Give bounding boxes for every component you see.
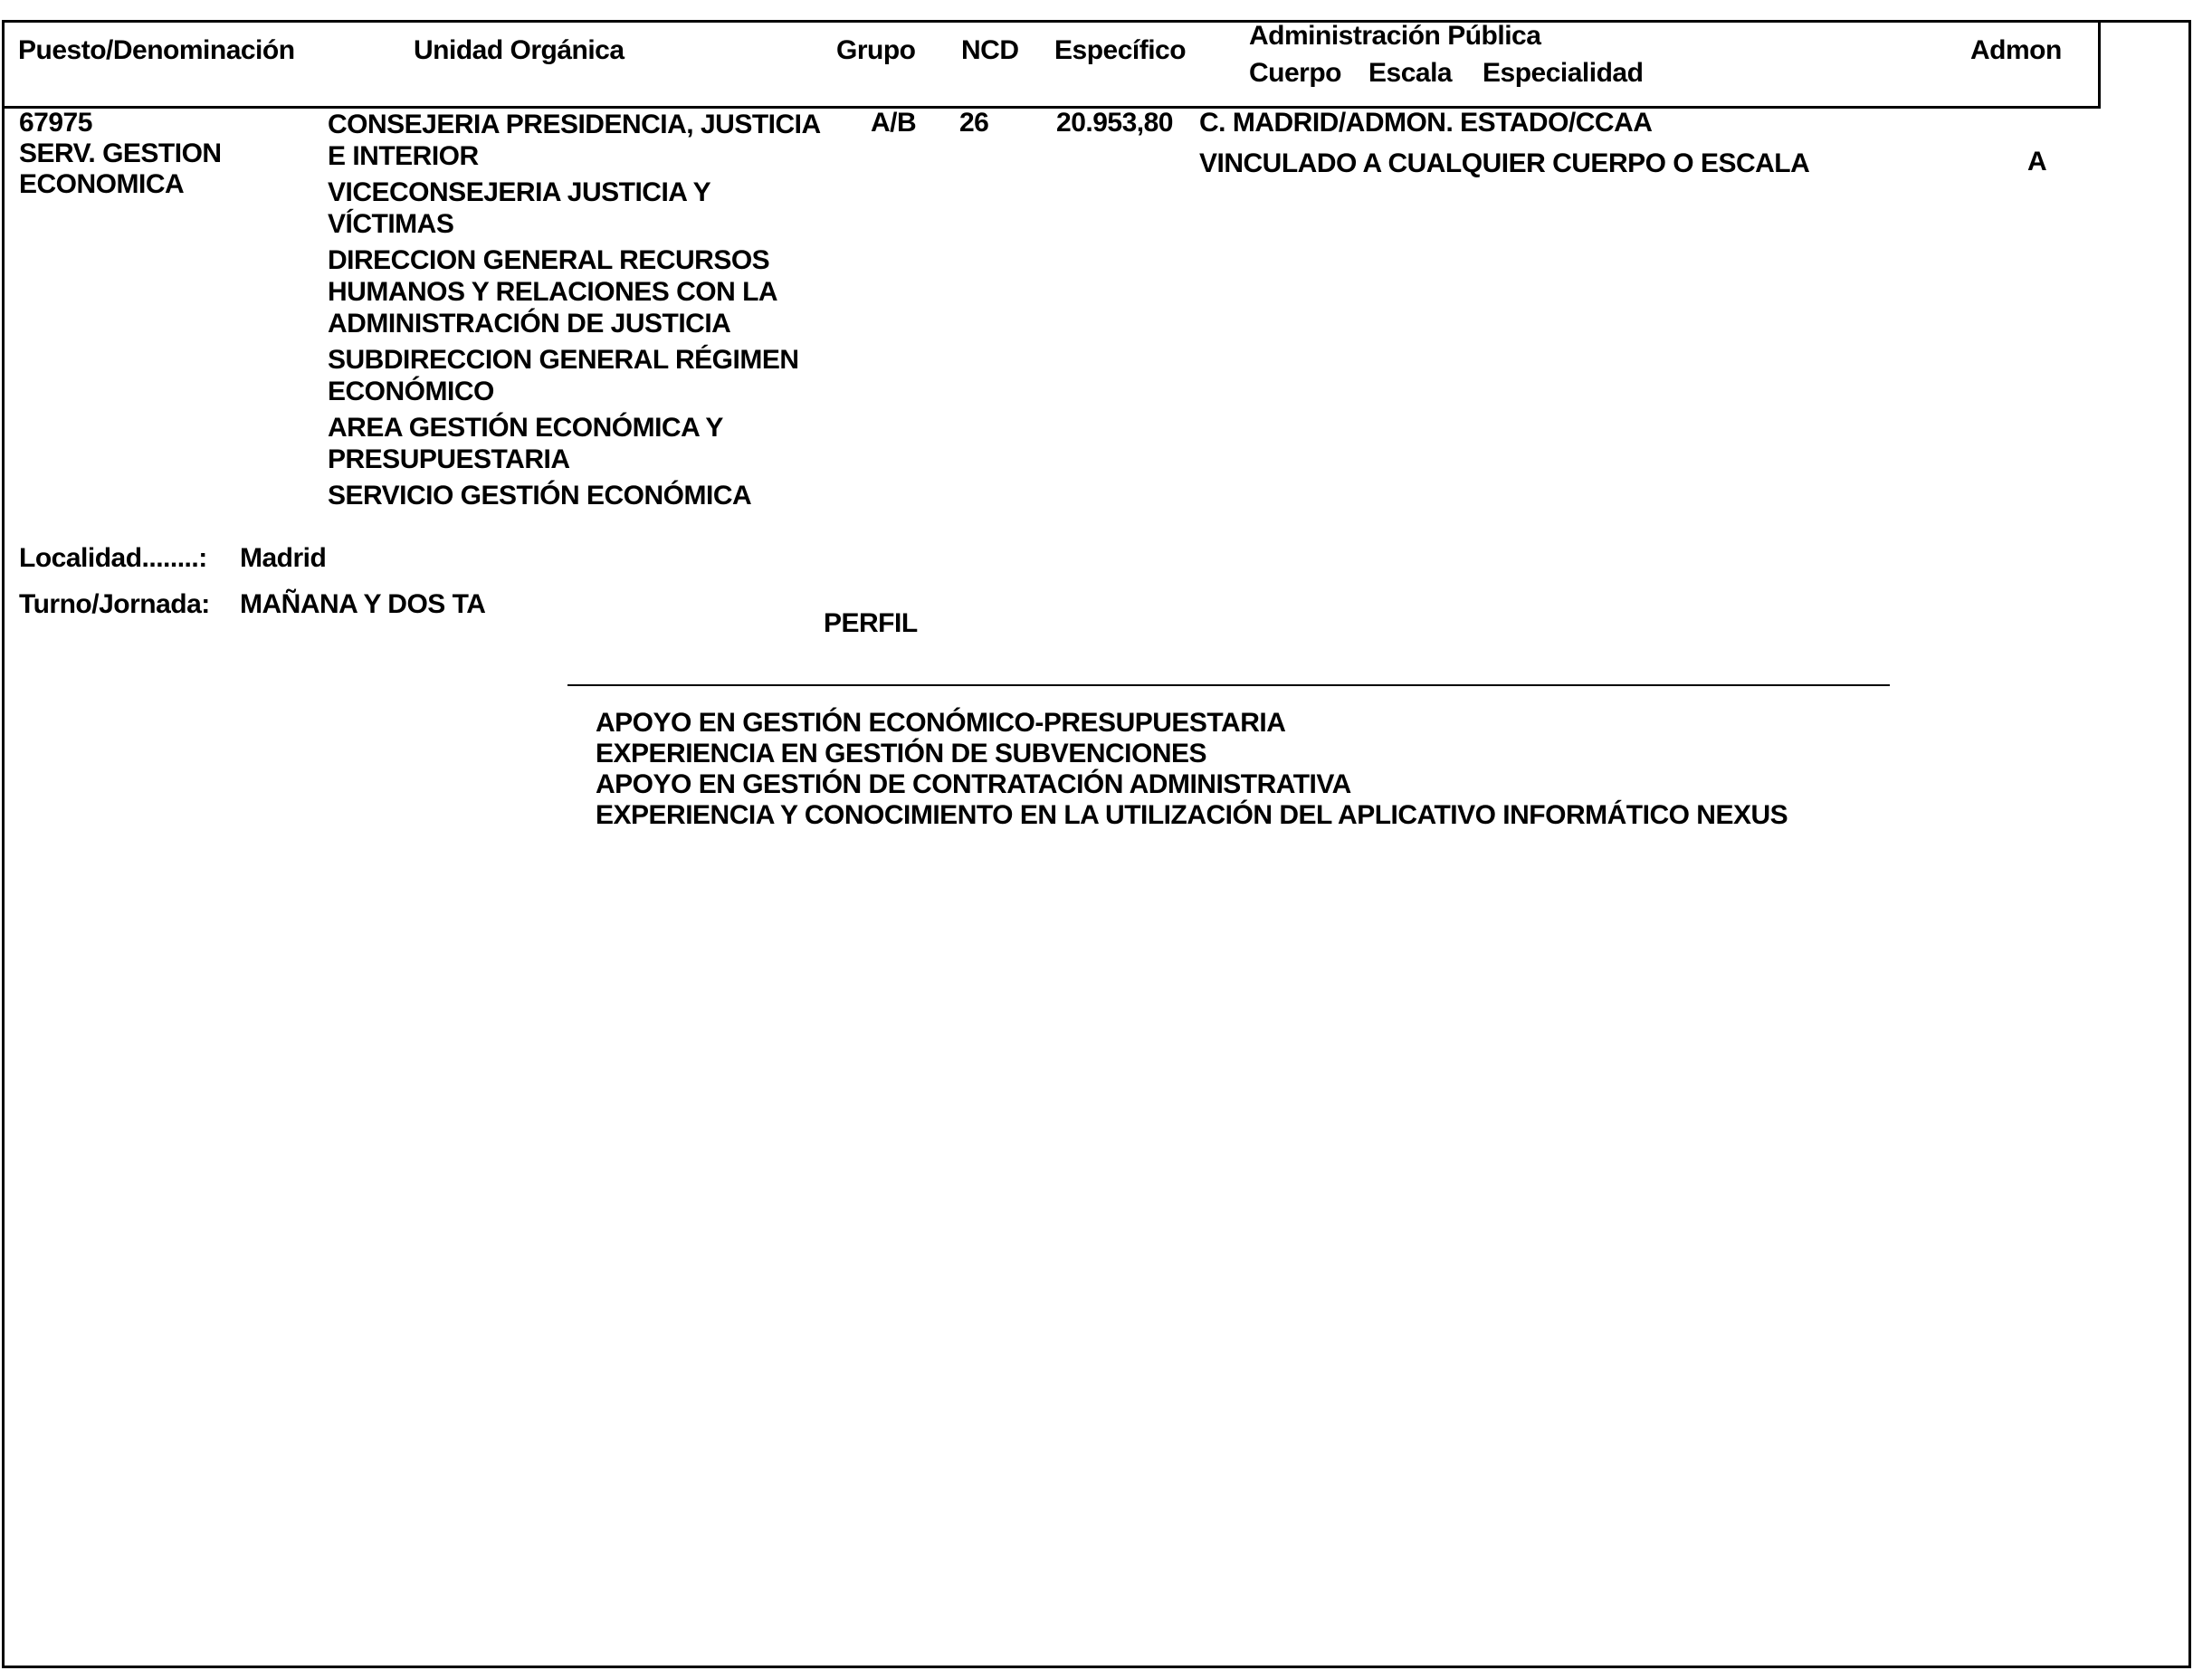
table-header-box (5, 23, 2101, 109)
perfil-item: EXPERIENCIA EN GESTIÓN DE SUBVENCIONES (596, 739, 1788, 769)
col-header-especialidad: Especialidad (1483, 58, 1643, 89)
unidad-organica-consejeria: CONSEJERIA PRESIDENCIA, JUSTICIA E INTER… (328, 109, 821, 172)
administracion-publica-value: C. MADRID/ADMON. ESTADO/CCAA (1199, 108, 1652, 138)
grupo-value: A/B (871, 108, 916, 138)
turno-jornada-label: Turno/Jornada: (19, 589, 210, 620)
col-header-ncd: NCD (961, 35, 1019, 66)
unidad-organica-area: AREA GESTIÓN ECONÓMICA Y PRESUPUESTARIA (328, 412, 821, 475)
cuerpo-escala-value: VINCULADO A CUALQUIER CUERPO O ESCALA (1199, 148, 1809, 179)
document-page: Puesto/Denominación Unidad Orgánica Grup… (0, 0, 2212, 1680)
col-header-grupo: Grupo (836, 35, 916, 66)
col-header-escala: Escala (1368, 58, 1452, 89)
perfil-item: APOYO EN GESTIÓN DE CONTRATACIÓN ADMINIS… (596, 769, 1788, 800)
unidad-organica-servicio: SERVICIO GESTIÓN ECONÓMICA (328, 480, 821, 511)
especifico-value: 20.953,80 (1054, 108, 1173, 138)
localidad-value: Madrid (240, 543, 326, 574)
turno-jornada-value: MAÑANA Y DOS TA (240, 589, 485, 620)
unidad-organica-viceconsejeria: VICECONSEJERIA JUSTICIA Y VÍCTIMAS (328, 177, 821, 240)
unidad-organica-subdireccion: SUBDIRECCION GENERAL RÉGIMEN ECONÓMICO (328, 344, 821, 407)
ncd-value: 26 (959, 108, 988, 138)
puesto-denominacion: SERV. GESTION ECONOMICA (19, 138, 222, 200)
col-header-cuerpo: Cuerpo (1249, 58, 1341, 89)
col-header-admon: Admon (1970, 35, 2062, 66)
unidad-organica-column: CONSEJERIA PRESIDENCIA, JUSTICIA E INTER… (328, 109, 821, 516)
unidad-organica-direccion-general: DIRECCION GENERAL RECURSOS HUMANOS Y REL… (328, 244, 821, 339)
col-header-unidad-organica: Unidad Orgánica (414, 35, 625, 66)
localidad-label: Localidad........: (19, 543, 207, 574)
perfil-item: EXPERIENCIA Y CONOCIMIENTO EN LA UTILIZA… (596, 800, 1788, 831)
admon-value: A (2027, 147, 2046, 177)
perfil-item: APOYO EN GESTIÓN ECONÓMICO-PRESUPUESTARI… (596, 708, 1788, 739)
perfil-title: PERFIL (824, 608, 918, 639)
col-header-especifico: Específico (1054, 35, 1186, 66)
col-header-puesto-denominacion: Puesto/Denominación (18, 35, 295, 66)
col-header-administracion-publica: Administración Pública (1249, 21, 1540, 52)
perfil-divider-line (567, 684, 1890, 686)
puesto-codigo: 67975 (19, 108, 92, 138)
perfil-items-list: APOYO EN GESTIÓN ECONÓMICO-PRESUPUESTARI… (596, 708, 1788, 831)
